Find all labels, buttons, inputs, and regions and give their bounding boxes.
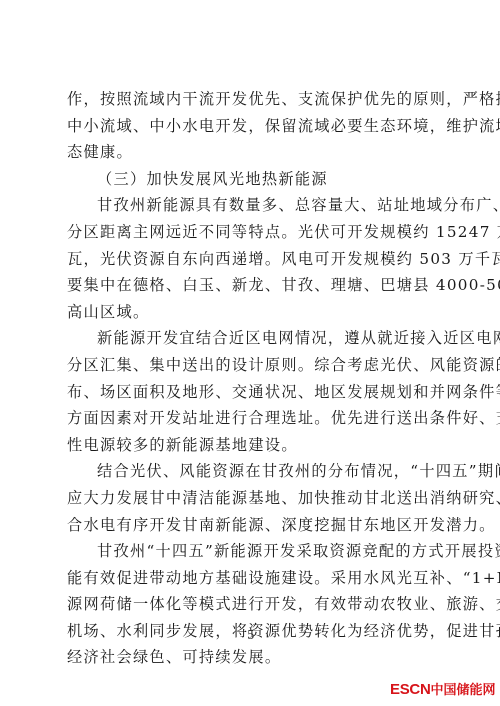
text-line: 中小流域、中小水电开发，保留流域必要生态环境，维护流域生 [67,113,437,140]
text-line: 新能源开发宜结合近区电网情况，遵从就近接入近区电网、 [67,325,437,352]
text-line: 态健康。 [67,139,437,166]
text-line: 布、场区面积及地形、交通状况、地区发展规划和并网条件等多 [67,379,437,406]
page-number: 5 [247,628,255,642]
text-line: 要集中在德格、白玉、新龙、甘孜、理塘、巴塘县 4000-5000 米 [67,272,437,299]
body-text: 作，按照流域内干流开发优先、支流保护优先的原则，严格控制 中小流域、中小水电开发… [67,86,437,671]
document-page: 作，按照流域内干流开发优先、支流保护优先的原则，严格控制 中小流域、中小水电开发… [0,0,500,706]
watermark-latin: ESCN [390,681,430,698]
text-line: 应大力发展甘中清洁能源基地、加快推动甘北送出消纳研究、结 [67,485,437,512]
section-heading: （三）加快发展风光地热新能源 [67,166,437,193]
text-line: 结合光伏、风能资源在甘孜州的分布情况，“十四五”期间 [67,458,437,485]
text-line: 能有效促进带动地方基础设施建设。采用水风光互补、“1+N”、 [67,565,437,592]
text-line: 分区距离主网远近不同等特点。光伏可开发规模约 15247 万千 [67,219,437,246]
escn-watermark-logo: ESCN中国储能网 [390,679,496,698]
text-line: 合水电有序开发甘南新能源、深度挖掘甘东地区开发潜力。 [67,512,437,539]
text-line: 甘孜州“十四五”新能源开发采取资源竞配的方式开展投资， [67,538,437,565]
text-line: 经济社会绿色、可持续发展。 [67,644,437,671]
text-line: 高山区域。 [67,299,437,326]
watermark-chinese: 中国储能网 [430,682,495,697]
text-line: 方面因素对开发站址进行合理选址。优先进行送出条件好、支撑 [67,405,437,432]
text-line: 甘孜州新能源具有数量多、总容量大、站址地域分布广、各 [67,192,437,219]
text-line: 性电源较多的新能源基地建设。 [67,432,437,459]
text-line: 分区汇集、集中送出的设计原则。综合考虑光伏、风能资源的分 [67,352,437,379]
text-line: 作，按照流域内干流开发优先、支流保护优先的原则，严格控制 [67,86,437,113]
text-line: 源网荷储一体化等模式进行开发，有效带动农牧业、旅游、交通、 [67,591,437,618]
text-line: 瓦，光伏资源自东向西递增。风电可开发规模约 503 万千瓦，主 [67,246,437,273]
